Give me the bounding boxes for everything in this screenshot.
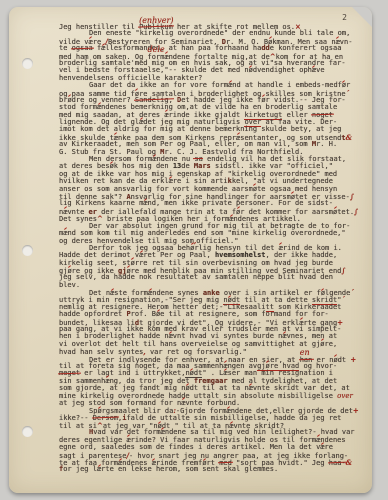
text-line: hadde opfordret Prof. Bøe til at resigne… — [59, 311, 366, 318]
red-pen-mark: ´ — [350, 288, 354, 297]
text-line: kirkelig seet, større ret til sin overbe… — [59, 260, 366, 267]
red-pen-mark: ∫ — [350, 192, 354, 201]
text-line: jeg selv, da hadde nok resultatet av sam… — [59, 274, 366, 281]
red-pen-mark: & — [346, 133, 352, 142]
punch-hole-bottom — [22, 426, 33, 437]
red-pen-mark: ´ — [341, 295, 345, 304]
typed-text: Jeg henstiller til (enhver)Publikum her … — [59, 23, 366, 474]
red-pen-mark: + — [353, 406, 359, 415]
red-pen-mark: + — [350, 355, 356, 364]
text-line: sagt i parentese/- hvor snart jeg nu ang… — [59, 452, 366, 459]
text-line: Gaar det da ikke an for vore formænd at … — [59, 82, 366, 89]
red-pen-mark: ´ — [346, 89, 350, 98]
text-line: lig Kirkens kaarne mænd, men ikke privat… — [59, 200, 366, 207]
text-line: imot kom det aldrig for mig at denne bem… — [59, 126, 366, 133]
red-pen-mark: ∫ — [354, 207, 358, 216]
red-pen-mark: ∫ — [341, 266, 345, 275]
handwritten-annotation: over — [337, 392, 353, 400]
text-line: te ogsaa fællesformanden, at han paa for… — [59, 45, 366, 52]
text-line: blev. — [59, 282, 366, 289]
punch-hole-middle — [22, 245, 33, 256]
text-line: for jeg lærte en lekse herom, som sent s… — [59, 466, 366, 473]
punch-hole-top — [22, 58, 33, 69]
text-line: hvad han selv syntes, var ret og forsvar… — [59, 348, 366, 355]
text-line: ikke?-- Dersom,ifald de uttalte sin misb… — [59, 415, 366, 422]
text-line: egne ord, saaledes som de findes i deres… — [59, 444, 366, 451]
text-line: anser os som ansvarlig for vort kommende… — [59, 186, 366, 193]
page-number: 2 — [342, 13, 347, 22]
paper-sheet: 2 Jeg henstiller til (enhver)Publikum he… — [9, 7, 372, 493]
